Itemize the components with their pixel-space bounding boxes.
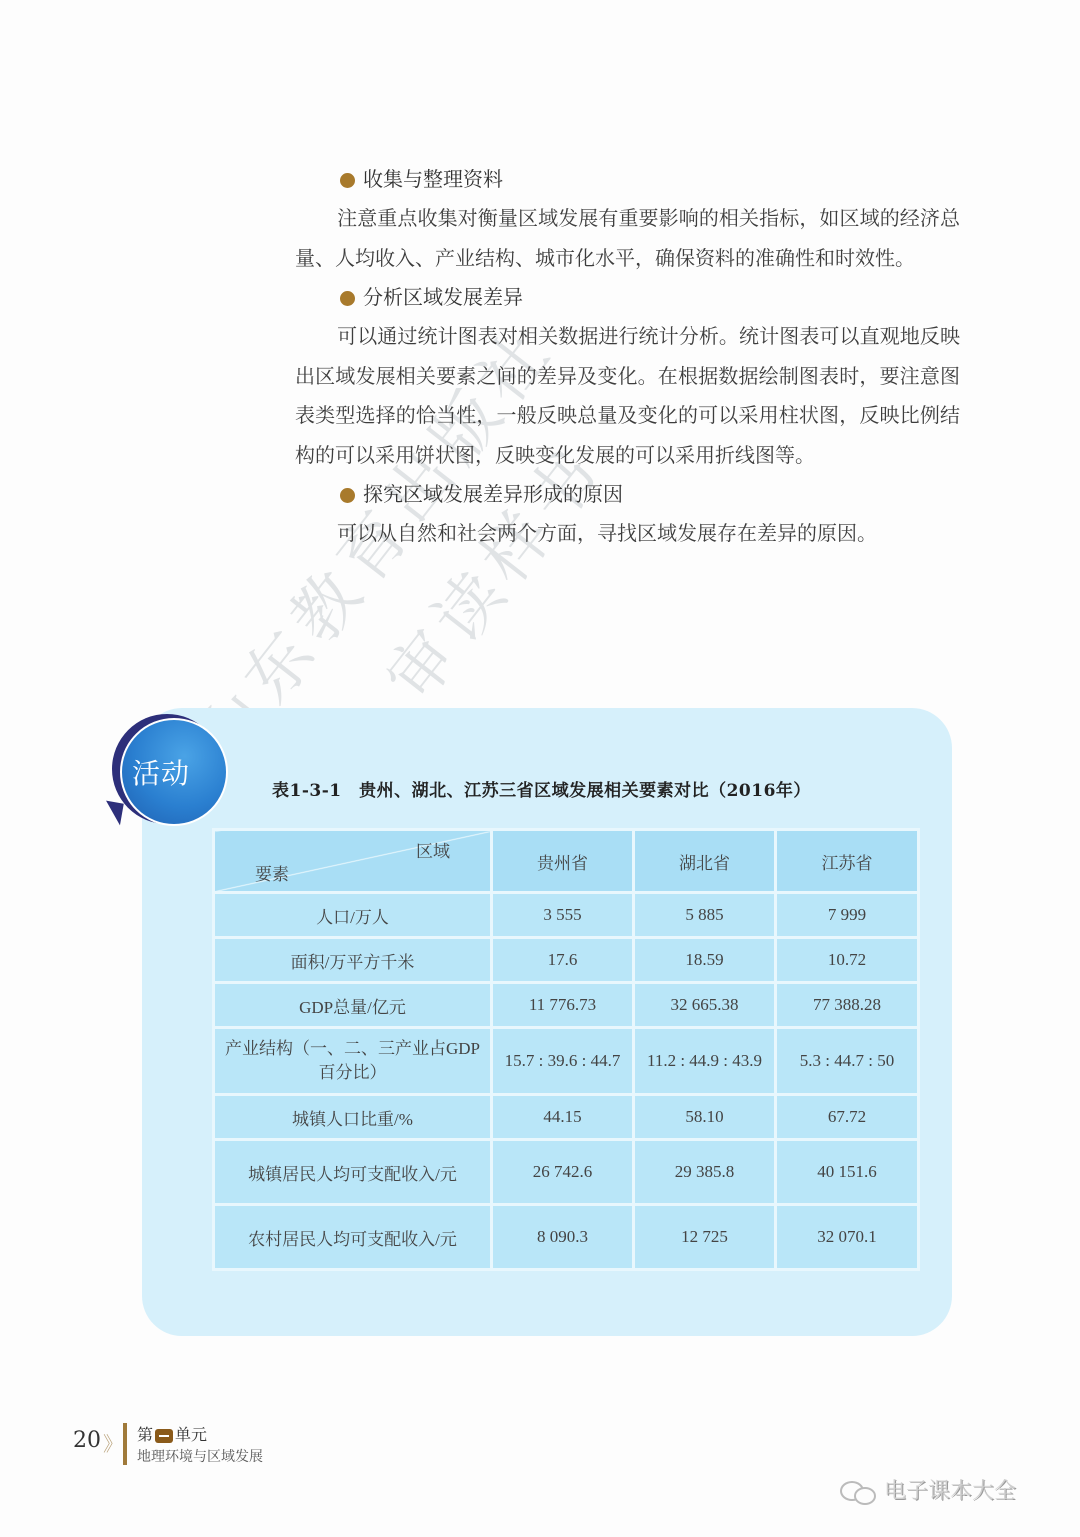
- table-row: 人口/万人 3 555 5 885 7 999: [214, 893, 919, 938]
- column-header: 江苏省: [776, 830, 919, 893]
- wechat-icon: [840, 1481, 878, 1503]
- table-cell: 67.72: [776, 1095, 919, 1140]
- row-label: 农村居民人均可支配收入/元: [214, 1205, 492, 1270]
- table-cell: 11 776.73: [492, 983, 634, 1028]
- column-header: 贵州省: [492, 830, 634, 893]
- row-label: 面积/万平方千米: [214, 938, 492, 983]
- table-title: 表1-3-1 贵州、湖北、江苏三省区域发展相关要素对比（2016年）: [272, 776, 811, 801]
- table-cell: 17.6: [492, 938, 634, 983]
- table-row: 面积/万平方千米 17.6 18.59 10.72: [214, 938, 919, 983]
- brand-watermark: 电子课本大全: [840, 1474, 1016, 1505]
- table-cell: 18.59: [634, 938, 776, 983]
- table-cell: 5.3 : 44.7 : 50: [776, 1028, 919, 1095]
- unit-label: 第单元: [137, 1422, 207, 1445]
- table-cell: 32 665.38: [634, 983, 776, 1028]
- unit-number-one-icon: [155, 1429, 173, 1443]
- table-cell: 32 070.1: [776, 1205, 919, 1270]
- row-label: 人口/万人: [214, 893, 492, 938]
- bullet-dot-icon: [340, 173, 355, 188]
- bullet-dot-icon: [340, 291, 355, 306]
- section-heading: 收集与整理资料: [295, 160, 960, 199]
- speech-tail-icon: [102, 801, 124, 826]
- comparison-table: 区域 要素 贵州省 湖北省 江苏省 人口/万人 3 555 5 885 7 99…: [212, 828, 920, 1271]
- activity-badge: 活动: [104, 712, 228, 830]
- bullet-dot-icon: [340, 488, 355, 503]
- table-row: 城镇居民人均可支配收入/元 26 742.6 29 385.8 40 151.6: [214, 1140, 919, 1205]
- row-label: 城镇居民人均可支配收入/元: [214, 1140, 492, 1205]
- table-cell: 26 742.6: [492, 1140, 634, 1205]
- row-label: GDP总量/亿元: [214, 983, 492, 1028]
- table-cell: 40 151.6: [776, 1140, 919, 1205]
- table-cell: 58.10: [634, 1095, 776, 1140]
- table-cell: 10.72: [776, 938, 919, 983]
- table-header-row: 区域 要素 贵州省 湖北省 江苏省: [214, 830, 919, 893]
- table-row: 产业结构（一、二、三产业占GDP百分比） 15.7 : 39.6 : 44.7 …: [214, 1028, 919, 1095]
- table-cell: 44.15: [492, 1095, 634, 1140]
- activity-badge-label: 活动: [132, 752, 190, 792]
- section-paragraph: 注意重点收集对衡量区域发展有重要影响的相关指标，如区域的经济总量、人均收入、产业…: [295, 199, 960, 278]
- section-paragraph: 可以从自然和社会两个方面，寻找区域发展存在差异的原因。: [295, 514, 960, 554]
- diagonal-header-cell: 区域 要素: [214, 830, 492, 893]
- table-cell: 15.7 : 39.6 : 44.7: [492, 1028, 634, 1095]
- double-chevron-icon: 》: [103, 1428, 117, 1457]
- row-label: 产业结构（一、二、三产业占GDP百分比）: [214, 1028, 492, 1095]
- table-cell: 11.2 : 44.9 : 43.9: [634, 1028, 776, 1095]
- section-heading: 分析区域发展差异: [295, 278, 960, 317]
- table-cell: 12 725: [634, 1205, 776, 1270]
- table-cell: 7 999: [776, 893, 919, 938]
- footer-divider: [123, 1423, 127, 1465]
- table-row: 农村居民人均可支配收入/元 8 090.3 12 725 32 070.1: [214, 1205, 919, 1270]
- row-label: 城镇人口比重/%: [214, 1095, 492, 1140]
- table-cell: 5 885: [634, 893, 776, 938]
- page-number: 20: [73, 1428, 101, 1453]
- table-row: GDP总量/亿元 11 776.73 32 665.38 77 388.28: [214, 983, 919, 1028]
- table-cell: 3 555: [492, 893, 634, 938]
- section-paragraph: 可以通过统计图表对相关数据进行统计分析。统计图表可以直观地反映出区域发展相关要素…: [295, 317, 960, 475]
- unit-subtitle: 地理环境与区域发展: [137, 1446, 263, 1466]
- column-header: 湖北省: [634, 830, 776, 893]
- table-cell: 77 388.28: [776, 983, 919, 1028]
- table-cell: 29 385.8: [634, 1140, 776, 1205]
- body-text: 收集与整理资料 注意重点收集对衡量区域发展有重要影响的相关指标，如区域的经济总量…: [295, 160, 960, 554]
- table-cell: 8 090.3: [492, 1205, 634, 1270]
- section-heading: 探究区域发展差异形成的原因: [295, 475, 960, 514]
- table-row: 城镇人口比重/% 44.15 58.10 67.72: [214, 1095, 919, 1140]
